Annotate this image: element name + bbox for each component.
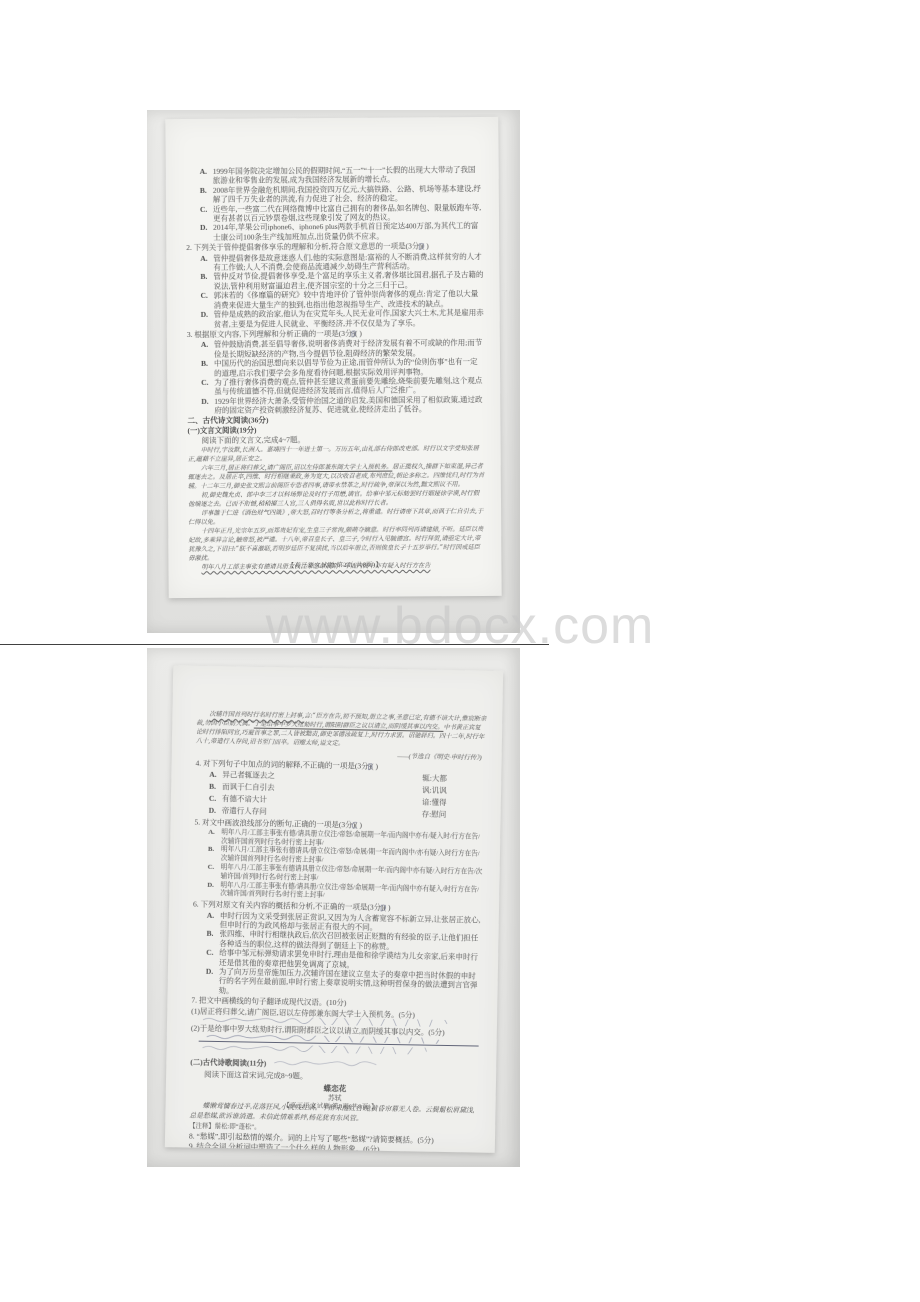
option-label: D. xyxy=(200,223,213,242)
question5: 5. 对文中画波浪线部分的断句,正确的一项是(3分)( )C A. 明年八月/工… xyxy=(193,818,484,904)
option-label: C. xyxy=(206,948,219,967)
option-row: C. 郭沫若的《侈靡篇的研究》较中肯地评价了管仲崇尚奢侈的观点:肯定了他以大量消… xyxy=(201,289,484,310)
option-gloss: 存:慰问 xyxy=(422,809,485,822)
option-label: A. xyxy=(209,769,222,781)
handwritten-answer-q4: B xyxy=(366,763,373,773)
option-row: D. 1929年世界经济大萧条,受管仲治国之道的启发,美国和德国采用了相似政策,… xyxy=(201,395,484,416)
underlined-translation-sentence-1: 居正将归葬父,请广阁臣,诏以左侍郎兼东阁大学士入预机务。 xyxy=(227,463,392,471)
option-label: B. xyxy=(206,929,219,948)
option-text: 郭沫若的《侈靡篇的研究》较中肯地评价了管仲崇尚奢侈的观点:肯定了他以大量消费来促… xyxy=(214,289,484,310)
option-text: 为了向万历皇帝施加压力,次辅许国在建议立皇太子的奏章中把当时休假的申时行的名字列… xyxy=(218,967,481,1000)
scan-separator-line xyxy=(0,644,549,645)
option-gloss: 辄:大都 xyxy=(422,773,485,786)
option-label: D. xyxy=(205,967,218,995)
option-text: 管仲反对节俭,提倡奢侈享受,是个富足的享乐主义者,奢侈堪比国君,据孔子及古籍的说… xyxy=(213,270,483,291)
option-text: 为了推行奢侈消费的观点,管仲甚至建议煮蛋前要先雕绘,烧柴前要先雕刻,这个观点虽与… xyxy=(214,376,484,397)
exam-paper-page2: A. 1999年国务院决定增加公民的假期时间,“五一”“十一”长假的出现大大带动… xyxy=(165,117,501,598)
option-label: B. xyxy=(200,272,213,291)
option-label: A. xyxy=(201,340,214,359)
passage-paragraph: 评事雒于仁进《酒色财气四箴》,帝大怒,召时行等条分析之,将重谴。时行请帝下其章,… xyxy=(188,507,485,527)
option-label: C. xyxy=(200,204,213,223)
option-row: A. 管仲鼓励消费,甚至倡导奢侈,说明奢侈消费对于经济发展有着不可或缺的作用;而… xyxy=(201,338,484,359)
option-label: A. xyxy=(200,167,213,186)
handwritten-answer-q5: C xyxy=(350,822,357,832)
option-label: C. xyxy=(201,291,214,310)
question3: 3. 根据原文内容,下列理解和分析正确的一项是(3分)( )B A. 管仲鼓励消… xyxy=(187,328,485,416)
question7: 7. 把文中画横线的句子翻译成现代汉语。(10分) (1)居正将归葬父,请广阁臣… xyxy=(191,996,482,1056)
question4: 4. 对下列句子中加点的词的解释,不正确的一项是(3分)( )B A. 异己者辄… xyxy=(195,759,486,822)
option-row: B. 管仲反对节俭,提倡奢侈享受,是个富足的享乐主义者,奢侈堪比国君,据孔子及古… xyxy=(200,270,483,291)
option-label: A. xyxy=(207,910,220,929)
passage-paragraph: 次辅许国首列时行名时行密上封事,言:“臣方在告,初不预知,册立之事,圣意已定,有… xyxy=(196,710,487,751)
document-viewer-canvas: { "watermark": {"text": "www.bdocx.com",… xyxy=(0,0,920,1302)
option-row: D. 管仲是成熟的政治家,他认为在灾荒年头,人民无业可作,国家大兴土木,尤其是雇… xyxy=(201,308,484,329)
option-gloss: 讽:讥讽 xyxy=(422,785,485,798)
option-text: 2008年世界金融危机期间,我国投资四万亿元,大搞铁路、公路、机场等基本建设,纾… xyxy=(213,184,483,205)
wavy-underlined-sentence: 次辅许国首列时行名时行密上封事, xyxy=(209,711,304,720)
option-text: 1929年世界经济大萧条,受管仲治国之道的启发,美国和德国采用了相似政策,通过政… xyxy=(214,395,484,416)
option-label: A. xyxy=(200,253,213,272)
scan-photo-page2: A. 1999年国务院决定增加公民的假期时间,“五一”“十一”长假的出现大大带动… xyxy=(147,110,520,633)
option-row: A. 1999年国务院决定增加公民的假期时间,“五一”“十一”长假的出现大大带动… xyxy=(200,165,483,186)
scan-photo-page3: 次辅许国首列时行名时行密上封事,言:“臣方在告,初不预知,册立之事,圣意已定,有… xyxy=(147,648,520,1167)
option-text: 管仲是成熟的政治家,他认为在灾荒年头,人民无业可作,国家大兴土木,尤其是雇用赤贫… xyxy=(214,308,484,329)
option-row: C. 为了推行奢侈消费的观点,管仲甚至建议煮蛋前要先雕绘,烧柴前要先雕刻,这个观… xyxy=(201,376,484,397)
classical-passage-continued: 次辅许国首列时行名时行密上封事,言:“臣方在告,初不预知,册立之事,圣意已定,有… xyxy=(196,710,487,751)
poetry-heading: (二)古代诗歌阅读(11分) xyxy=(190,1058,266,1068)
handwritten-answer-q6: D xyxy=(379,905,387,915)
option-label: D. xyxy=(201,310,214,329)
handwritten-note-scribble xyxy=(272,1059,382,1068)
handwritten-answer-q3: B xyxy=(350,330,357,340)
passage-paragraph: 初,御史魏允贞、郎中李三才以科场弊论及时行子用懋,谪官。给事中邹元标劾罢时行姻娅… xyxy=(188,489,485,509)
question1-options: A. 1999年国务院决定增加公民的假期时间,“五一”“十一”长假的出现大大带动… xyxy=(186,165,484,242)
exam-paper-page3: 次辅许国首列时行名时行密上封事,言:“臣方在告,初不预知,册立之事,圣意已定,有… xyxy=(165,665,503,1153)
option-gloss: 谙:懂得 xyxy=(422,797,485,810)
option-row: B. 2008年世界金融危机期间,我国投资四万亿元,大搞铁路、公路、机场等基本建… xyxy=(200,184,483,205)
option-label: D. xyxy=(201,397,214,416)
option-label: B. xyxy=(209,781,222,793)
option-text: 1999年国务院决定增加公民的假期时间,“五一”“十一”长假的出现大大带动了我国… xyxy=(213,165,483,186)
option-label: A. xyxy=(208,829,221,847)
passage-paragraph: 十四年正月,光宗年五岁,而郑贵妃有宠,生皇三子常洵,颇萌夺嫡意。时行率同列再请建… xyxy=(188,525,485,563)
option-label: D. xyxy=(209,805,222,817)
option-label: B. xyxy=(200,186,213,205)
passage-paragraph: 六年三月,居正将归葬父,请广阁臣,诏以左侍郎兼东阁大学士入预机务。居正揽权久,操… xyxy=(188,462,485,491)
option-row: D. 2014年,苹果公司iphone6、iphone6 plus两款手机首日预… xyxy=(200,221,483,242)
option-text: 近些年,一些富二代在网络微博中比富自己拥有的奢侈品,如名牌包、限量版跑车等,更有… xyxy=(213,203,483,224)
site-watermark: www.bdocx.com xyxy=(266,596,655,656)
option-text: 2014年,苹果公司iphone6、iphone6 plus两款手机首日预定达4… xyxy=(213,221,483,242)
passage-paragraph: 申时行,字汝默,长洲人。嘉靖四十一年进士第一。万历五年,由礼部右侍郎改吏部。时行… xyxy=(188,444,485,464)
option-text: 管仲鼓励消费,甚至倡导奢侈,说明奢侈消费对于经济发展有着不可或缺的作用;而节俭是… xyxy=(214,338,484,359)
option-label: C. xyxy=(207,864,220,882)
question2: 2. 下列关于管仲提倡奢侈享乐的理解和分析,符合原文意思的一项是(3分)( )D… xyxy=(186,241,484,329)
option-row: C. 近些年,一些富二代在网络微博中比富自己拥有的奢侈品,如名牌包、限量版跑车等… xyxy=(200,203,483,224)
option-label: B. xyxy=(208,846,221,864)
option-row: D. 为了向万历皇帝施加压力,次辅许国在建议立皇太子的奏章中把当时休假的申时行的… xyxy=(205,967,481,1000)
option-label: D. xyxy=(207,881,220,899)
option-text: 管仲提倡奢侈是故意迷惑人们,他的实际意图是:富裕的人不断消费,这样贫穷的人才有工… xyxy=(213,252,483,273)
option-label: C. xyxy=(201,378,214,397)
classical-passage: 申时行,字汝默,长洲人。嘉靖四十一年进士第一。万历五年,由礼部右侍郎改吏部。时行… xyxy=(188,444,486,572)
question6: 6. 下列对原文有关内容的概括和分析,不正确的一项是(3分)( )D A. 申时… xyxy=(191,900,483,1000)
option-text: 中国历代的治国思想向来以倡导节俭为正途,而管仲所认为的“俭则伤事”也有一定的道理… xyxy=(214,357,484,378)
option-label: C. xyxy=(209,793,222,805)
option-row: B. 中国历代的治国思想向来以倡导节俭为正途,而管仲所认为的“俭则伤事”也有一定… xyxy=(201,357,484,378)
option-label: B. xyxy=(201,359,214,378)
handwritten-answer-q2: D xyxy=(417,243,425,253)
